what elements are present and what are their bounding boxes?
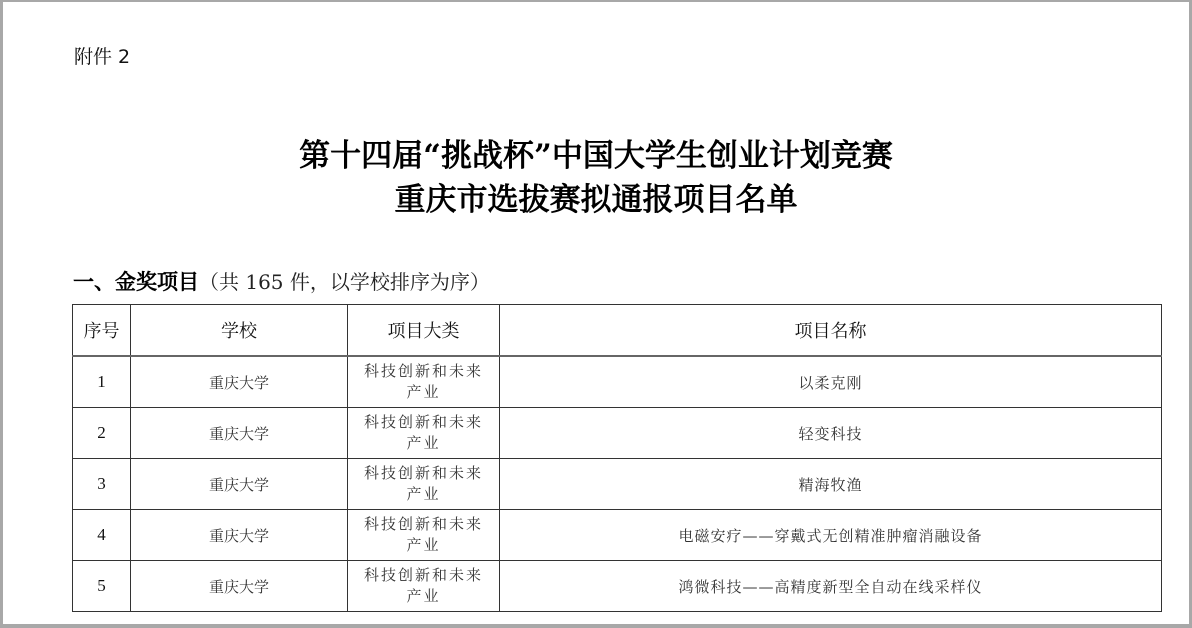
cell-school: 重庆大学	[131, 561, 348, 612]
table-row: 5 重庆大学 科技创新和未来产业 鸿微科技——高精度新型全自动在线采样仪	[73, 561, 1162, 612]
document-title-line2: 重庆市选拔赛拟通报项目名单	[3, 174, 1189, 219]
table-row: 3 重庆大学 科技创新和未来产业 精海牧渔	[73, 459, 1162, 510]
cell-project-name: 电磁安疗——穿戴式无创精准肿瘤消融设备	[500, 510, 1162, 561]
header-category: 项目大类	[348, 305, 500, 357]
cell-category: 科技创新和未来产业	[348, 561, 500, 612]
header-index: 序号	[73, 305, 131, 357]
cell-index: 1	[73, 356, 131, 408]
cell-category: 科技创新和未来产业	[348, 459, 500, 510]
cell-school: 重庆大学	[131, 510, 348, 561]
cell-index: 4	[73, 510, 131, 561]
header-school: 学校	[131, 305, 348, 357]
section-note: （共 165 件，以学校排序为序）	[199, 270, 490, 294]
cell-index: 3	[73, 459, 131, 510]
document-title-line1: 第十四届“挑战杯”中国大学生创业计划竞赛	[3, 130, 1189, 175]
table-header-row: 序号 学校 项目大类 项目名称	[73, 305, 1162, 357]
section-heading: 一、金奖项目（共 165 件，以学校排序为序）	[73, 266, 490, 296]
table-row: 4 重庆大学 科技创新和未来产业 电磁安疗——穿戴式无创精准肿瘤消融设备	[73, 510, 1162, 561]
section-title: 一、金奖项目	[73, 270, 199, 294]
cell-project-name: 轻变科技	[500, 408, 1162, 459]
cell-school: 重庆大学	[131, 459, 348, 510]
cell-category: 科技创新和未来产业	[348, 510, 500, 561]
cell-project-name: 精海牧渔	[500, 459, 1162, 510]
header-project-name: 项目名称	[500, 305, 1162, 357]
table-row: 2 重庆大学 科技创新和未来产业 轻变科技	[73, 408, 1162, 459]
cell-project-name: 鸿微科技——高精度新型全自动在线采样仪	[500, 561, 1162, 612]
document-page: 附件 2 第十四届“挑战杯”中国大学生创业计划竞赛 重庆市选拔赛拟通报项目名单 …	[3, 2, 1189, 624]
cell-project-name: 以柔克刚	[500, 356, 1162, 408]
gold-award-table: 序号 学校 项目大类 项目名称 1 重庆大学 科技创新和未来产业 以柔克刚 2 …	[72, 304, 1162, 612]
cell-category: 科技创新和未来产业	[348, 408, 500, 459]
attachment-label: 附件 2	[74, 42, 130, 69]
table-row: 1 重庆大学 科技创新和未来产业 以柔克刚	[73, 356, 1162, 408]
cell-index: 5	[73, 561, 131, 612]
cell-index: 2	[73, 408, 131, 459]
cell-school: 重庆大学	[131, 356, 348, 408]
cell-school: 重庆大学	[131, 408, 348, 459]
cell-category: 科技创新和未来产业	[348, 356, 500, 408]
